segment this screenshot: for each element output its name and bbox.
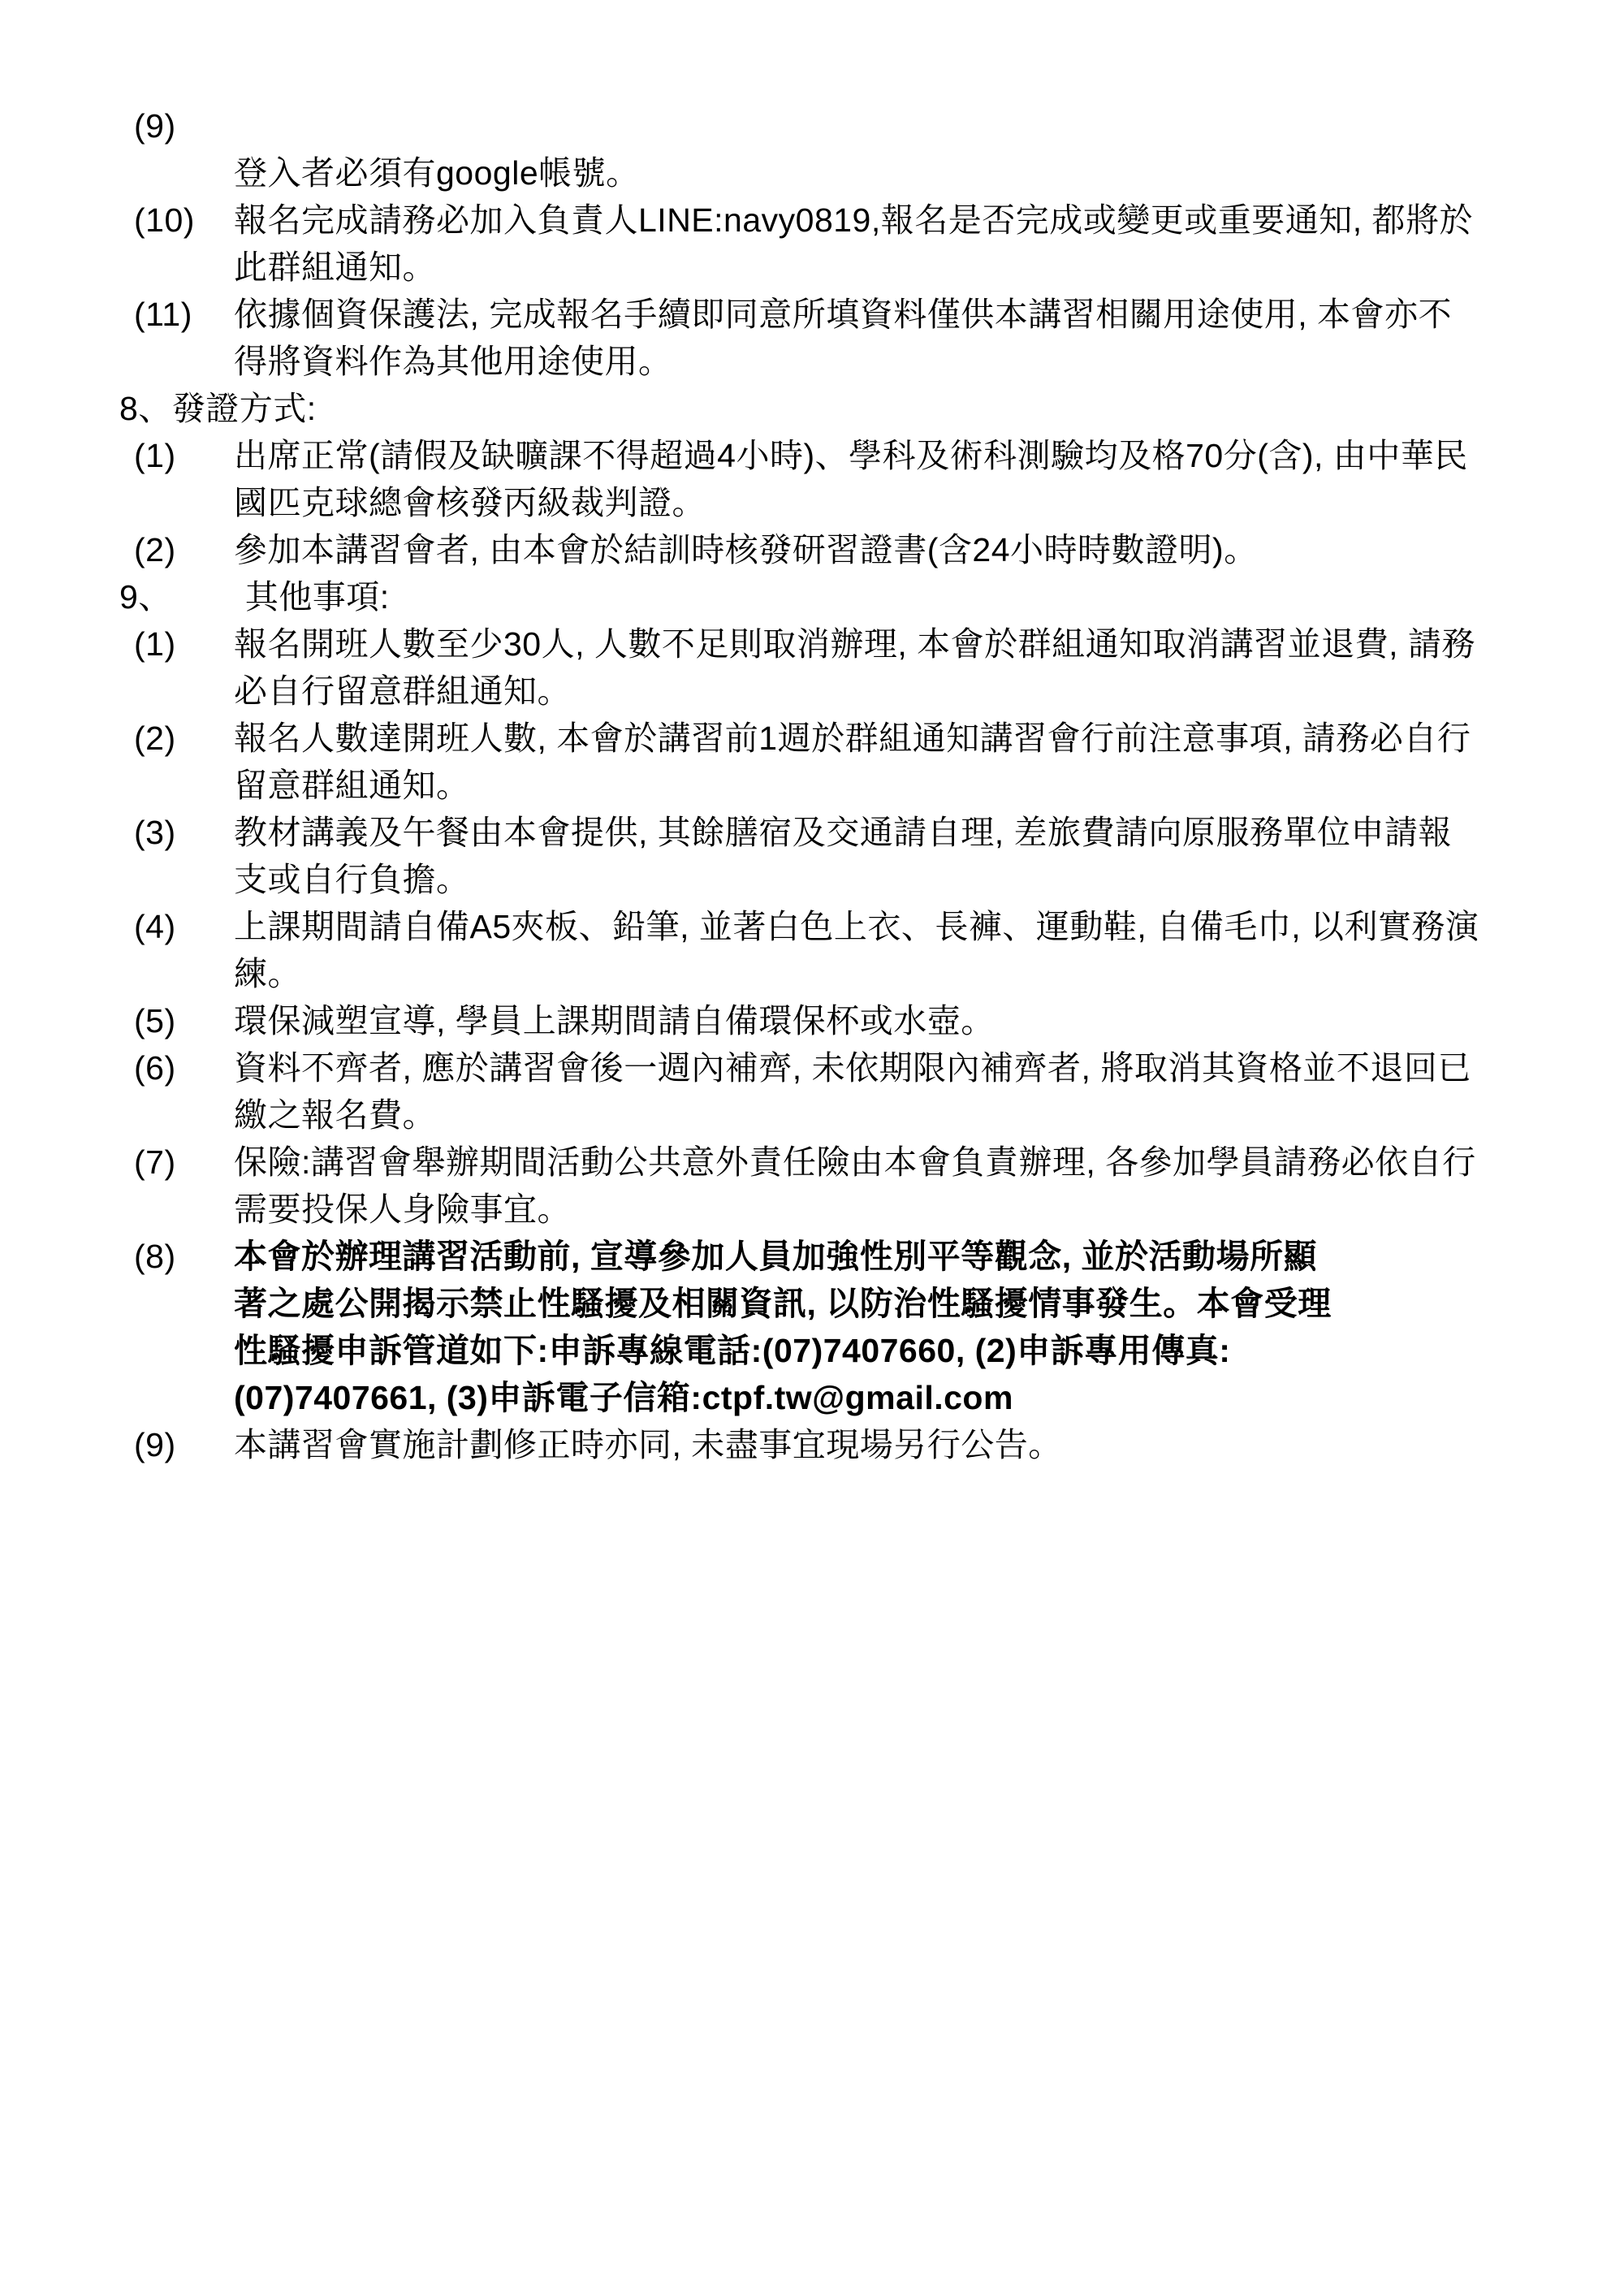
item-number: (1): [134, 620, 234, 668]
item-number: (1): [134, 432, 234, 479]
item-9-7: (7) 保險:講習會舉辦期間活動公共意外責任險由本會負責辦理, 各參加學員請務必…: [134, 1139, 1579, 1233]
section-heading-8: 8、 發證方式:: [119, 385, 1579, 432]
item-9-4: (4) 上課期間請自備A5夾板、鉛筆, 並著白色上衣、長褲、運動鞋, 自備毛巾,…: [134, 903, 1579, 997]
item-9-6: (6) 資料不齊者, 應於講習會後一週內補齊, 未依期限內補齊者, 將取消其資格…: [134, 1044, 1579, 1139]
item-8-1: (1) 出席正常(請假及缺曠課不得超過4小時)、學科及術科測驗均及格70分(含)…: [134, 432, 1579, 526]
section-number: 9、: [119, 573, 172, 620]
item-number: (10): [134, 197, 234, 244]
item-text: 上課期間請自備A5夾板、鉛筆, 並著白色上衣、長褲、運動鞋, 自備毛巾, 以利實…: [234, 903, 1579, 997]
item-text: 保險:講習會舉辦期間活動公共意外責任險由本會負責辦理, 各參加學員請務必依自行 …: [234, 1139, 1579, 1233]
section-title: 其他事項:: [245, 573, 390, 620]
item-9-8: (8) 本會於辦理講習活動前, 宣導參加人員加強性別平等觀念, 並於活動場所顯 …: [134, 1233, 1579, 1421]
item-8-2: (2) 參加本講習會者, 由本會於結訓時核發研習證書(含24小時時數證明)。: [134, 526, 1579, 573]
section-number: 8、: [119, 385, 172, 432]
item-text: 環保減塑宣導, 學員上課期間請自備環保杯或水壺。: [234, 997, 1579, 1044]
item-text: 出席正常(請假及缺曠課不得超過4小時)、學科及術科測驗均及格70分(含), 由中…: [234, 432, 1579, 526]
item-text: 本會於辦理講習活動前, 宣導參加人員加強性別平等觀念, 並於活動場所顯 著之處公…: [234, 1233, 1579, 1421]
item-9-3: (3) 教材講義及午餐由本會提供, 其餘膳宿及交通請自理, 差旅費請向原服務單位…: [134, 809, 1579, 903]
item-text: 報名人數達開班人數, 本會於講習前1週於群組通知講習會行前注意事項, 請務必自行…: [234, 715, 1579, 809]
item-text: 本講習會實施計劃修正時亦同, 未盡事宜現場另行公告。: [234, 1421, 1579, 1468]
document-page: (9) 登入者必須有google帳號。 (10) 報名完成請務必加入負責人LIN…: [0, 0, 1624, 1468]
item-number: (11): [134, 291, 234, 338]
item-number: (9): [134, 1421, 234, 1468]
item-text: 參加本講習會者, 由本會於結訓時核發研習證書(含24小時時數證明)。: [234, 526, 1579, 573]
item-9-5: (5) 環保減塑宣導, 學員上課期間請自備環保杯或水壺。: [134, 997, 1579, 1044]
item-text: 資料不齊者, 應於講習會後一週內補齊, 未依期限內補齊者, 將取消其資格並不退回…: [234, 1044, 1579, 1139]
item-text: 報名完成請務必加入負責人LINE:navy0819,報名是否完成或變更或重要通知…: [234, 197, 1579, 291]
item-number: (5): [134, 997, 234, 1044]
item-text: 登入者必須有google帳號。: [234, 102, 1579, 197]
item-number: (3): [134, 809, 234, 856]
item-number: (8): [134, 1233, 234, 1280]
item-number: (4): [134, 903, 234, 950]
item-number: (2): [134, 526, 234, 573]
item-9-2: (2) 報名人數達開班人數, 本會於講習前1週於群組通知講習會行前注意事項, 請…: [134, 715, 1579, 809]
item-number: (6): [134, 1044, 234, 1091]
item-a11: (11) 依據個資保護法, 完成報名手續即同意所填資料僅供本講習相關用途使用, …: [134, 291, 1579, 385]
item-a10: (10) 報名完成請務必加入負責人LINE:navy0819,報名是否完成或變更…: [134, 197, 1579, 291]
item-number: (9): [134, 102, 234, 149]
item-9-9: (9) 本講習會實施計劃修正時亦同, 未盡事宜現場另行公告。: [134, 1421, 1579, 1468]
section-title: 發證方式:: [172, 385, 317, 432]
item-number: (2): [134, 715, 234, 762]
item-a9: (9) 登入者必須有google帳號。: [134, 102, 1579, 197]
item-number: (7): [134, 1139, 234, 1186]
section-heading-9: 9、 其他事項:: [119, 573, 1579, 620]
item-text: 報名開班人數至少30人, 人數不足則取消辦理, 本會於群組通知取消講習並退費, …: [234, 620, 1579, 715]
item-text: 依據個資保護法, 完成報名手續即同意所填資料僅供本講習相關用途使用, 本會亦不 …: [234, 291, 1579, 385]
item-9-1: (1) 報名開班人數至少30人, 人數不足則取消辦理, 本會於群組通知取消講習並…: [134, 620, 1579, 715]
item-text: 教材講義及午餐由本會提供, 其餘膳宿及交通請自理, 差旅費請向原服務單位申請報 …: [234, 809, 1579, 903]
